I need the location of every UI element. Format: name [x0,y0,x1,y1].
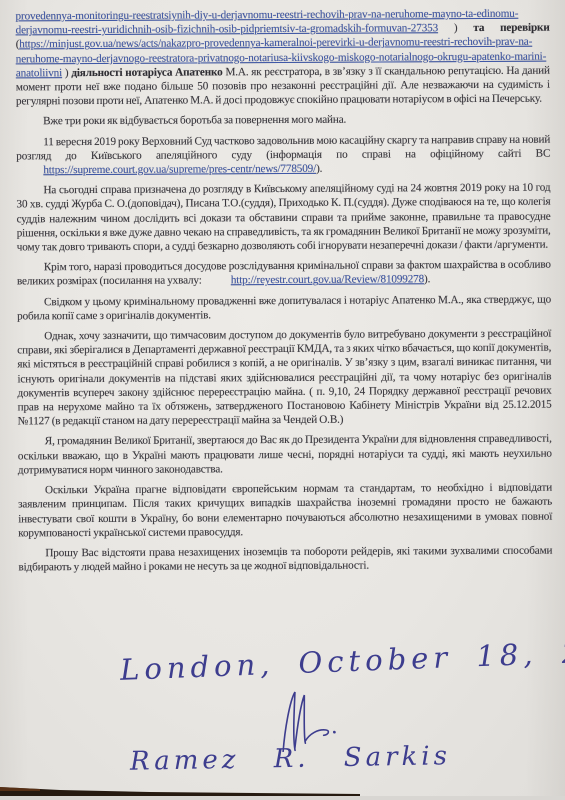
text-segment: Свідком у цьому кримінальному провадженн… [17,293,551,322]
text-segment: ) [438,22,473,34]
handwritten-date: London, October 18, 2019 [119,639,480,687]
text-segment: Оскільки Україна прагне відповідати євро… [18,482,552,539]
hyperlink[interactable]: https://supreme.court.gov.ua/supreme/pre… [16,162,316,178]
text-segment: діяльності нотаріуса Апатенко [71,66,222,79]
paragraph: Оскільки Україна прагне відповідати євро… [18,481,552,541]
paragraph: Свідком у цьому кримінальному провадженн… [17,292,551,323]
paragraph: 11 вересня 2019 року Верховний Суд частк… [16,132,550,177]
text-segment: Прошу Вас відстояти права незахищених ін… [18,545,552,574]
text-segment: ). [316,163,322,175]
text-segment: Вже три роки як відбувається боротьба за… [43,114,346,128]
paper-bottom-edge [0,784,565,800]
hyperlink[interactable]: http://reyestr.court.gov.ua/Review/81099… [204,273,424,288]
text-segment: та перевірки [473,22,549,34]
paragraph: Прошу Вас відстояти права незахищених ін… [18,544,552,575]
text-segment: На сьогодні справа призначена до розгляд… [16,182,550,254]
paragraph: На сьогодні справа призначена до розгляд… [16,181,550,255]
scanned-letter-page: provedennya-monitoringu-reestratsiynih-d… [0,0,565,800]
paragraph: Я, громадянин Великої Британії, звертаюс… [18,432,552,477]
paragraph: Крім того, наразі проводиться досудове р… [17,258,551,289]
handwritten-signature-name: Ramez R. Sarkis [130,741,450,777]
paragraph: Однак, хочу зазначити, що тимчасовим дос… [17,327,552,429]
text-segment: ). [424,274,430,286]
text-segment: Однак, хочу зазначити, що тимчасовим дос… [17,328,551,428]
text-segment: Я, громадянин Великої Британії, звертаюс… [18,433,552,476]
paragraph: provedennya-monitoringu-reestratsiynih-d… [16,7,551,109]
text-segment: 11 вересня 2019 року Верховний Суд частк… [16,133,550,162]
paragraph: Вже три роки як відбувається боротьба за… [16,112,550,129]
text-block: provedennya-monitoringu-reestratsiynih-d… [16,7,553,581]
